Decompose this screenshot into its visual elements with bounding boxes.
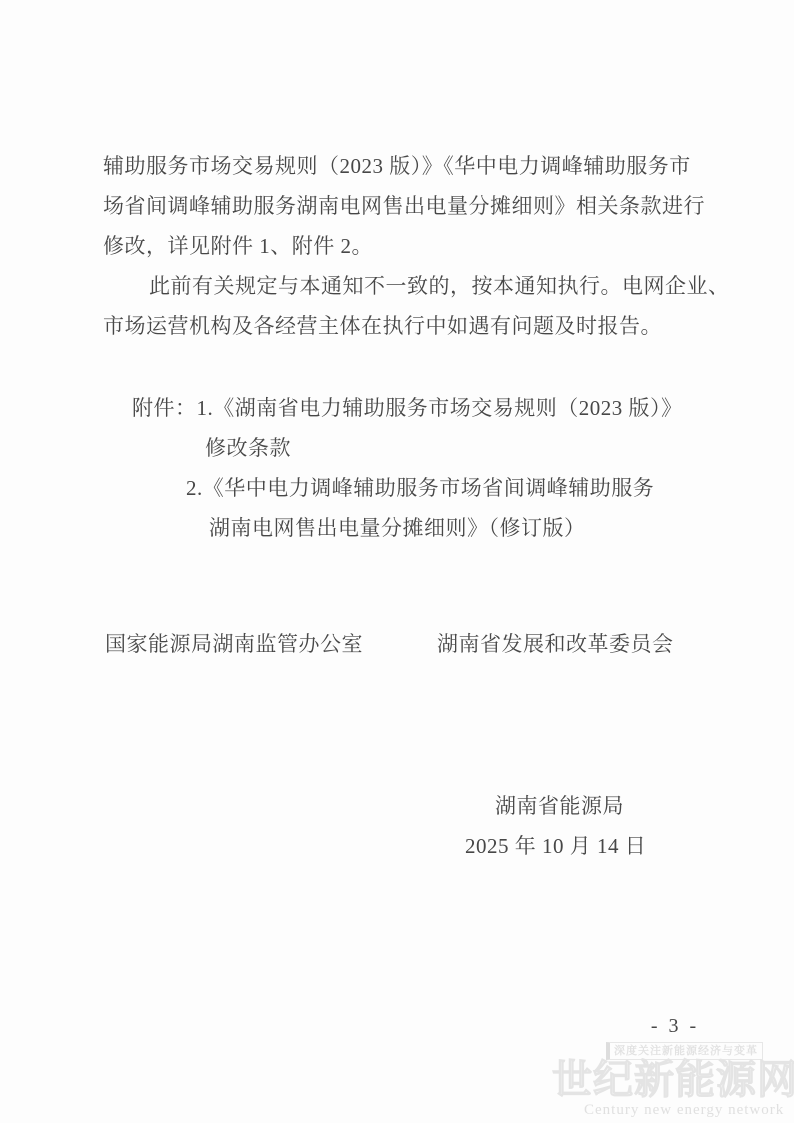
paragraph2-line-1: 此前有关规定与本通知不一致的，按本通知执行。电网企业、 [103,266,730,306]
paragraph1-line-3: 修改，详见附件 1、附件 2。 [103,226,730,266]
paragraph1-line-1: 辅助服务市场交易规则（2023 版）》《华中电力调峰辅助服务市 [103,146,730,186]
issue-date: 2025 年 10 月 14 日 [465,826,646,866]
signers-row: 国家能源局湖南监管办公室 湖南省发展和改革委员会 [0,624,794,664]
watermark-logo: 世纪新能源网 [552,1056,794,1104]
watermark-english: Century new energy network [584,1101,784,1119]
attachment-item-2-line-1: 2.《华中电力调峰辅助服务市场省间调峰辅助服务 [186,468,683,508]
attachments-block: 附件：1.《湖南省电力辅助服务市场交易规则（2023 版）》 修改条款 2.《华… [132,388,683,548]
attachment-item-1-line-2: 修改条款 [205,428,683,468]
signer-left: 国家能源局湖南监管办公室 [105,624,363,664]
page-number: - 3 - [620,1012,730,1040]
attachment-item-2-line-2: 湖南电网售出电量分摊细则》（修订版） [209,508,683,548]
body-paragraphs: 辅助服务市场交易规则（2023 版）》《华中电力调峰辅助服务市 场省间调峰辅助服… [103,146,730,346]
document-page: 辅助服务市场交易规则（2023 版）》《华中电力调峰辅助服务市 场省间调峰辅助服… [0,0,794,1123]
attachment-item-1-line-1: 附件：1.《湖南省电力辅助服务市场交易规则（2023 版）》 [132,388,683,428]
paragraph1-line-2: 场省间调峰辅助服务湖南电网售出电量分摊细则》相关条款进行 [103,186,730,226]
paragraph2-line-2: 市场运营机构及各经营主体在执行中如遇有问题及时报告。 [103,306,730,346]
issuer-name: 湖南省能源局 [495,786,624,826]
signer-right: 湖南省发展和改革委员会 [437,624,674,664]
